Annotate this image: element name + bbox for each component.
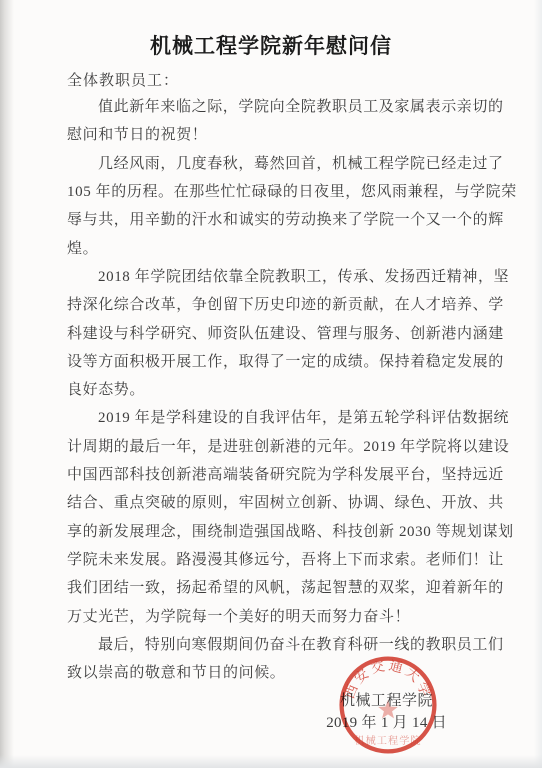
signature-date: 2019 年 1 月 14 日 bbox=[326, 711, 447, 732]
body-line: 值此新年来临之际，学院向全院教职员工及家属表示亲切的 bbox=[67, 93, 479, 121]
body-line: 计周期的最后一年，是进驻创新港的元年。2019 年学院将以建设 bbox=[67, 433, 479, 461]
body-line: 享的新发展理念，围绕制造强国战略、科技创新 2030 等规划谋划 bbox=[67, 518, 479, 546]
body-line: 学院未来发展。路漫漫其修远兮，吾将上下而求索。老师们！让 bbox=[67, 546, 479, 574]
body-line: 我们团结一致，扬起希望的风帆，荡起智慧的双桨，迎着新年的 bbox=[67, 574, 479, 602]
body-line: 辱与共，用辛勤的汗水和诚实的劳动换来了学院一个又一个的辉 bbox=[67, 206, 479, 234]
scanned-letter-page: 机械工程学院新年慰问信 全体教职员工： 值此新年来临之际，学院向全院教职员工及家… bbox=[0, 0, 542, 768]
body-line: 中国西部科技创新港高端装备研究院为学科发展平台，坚持远近 bbox=[67, 461, 479, 489]
body-line: 科建设与科学研究、师资队伍建设、管理与服务、创新港内涵建 bbox=[67, 320, 479, 348]
letter-salutation: 全体教职员工： bbox=[67, 69, 179, 90]
letter-body: 值此新年来临之际，学院向全院教职员工及家属表示亲切的慰问和节日的祝贺！几经风雨，… bbox=[67, 93, 479, 688]
body-line: 慰问和节日的祝贺！ bbox=[67, 121, 479, 149]
body-line: 最后，特别向寒假期间仍奋斗在教育科研一线的教职员工们 bbox=[67, 631, 479, 659]
body-line: 良好态势。 bbox=[67, 376, 479, 404]
seal-bottom-text: 机械工程学院 bbox=[354, 734, 421, 747]
body-line: 煌。 bbox=[67, 235, 479, 263]
body-line: 几经风雨，几度春秋，蓦然回首，机械工程学院已经走过了 bbox=[67, 150, 479, 178]
paper-edge-left bbox=[0, 0, 14, 768]
body-line: 持深化综合改革，争创留下历史印迹的新贡献，在人才培养、学 bbox=[67, 291, 479, 319]
body-line: 结合、重点突破的原则，牢固树立创新、协调、绿色、开放、共 bbox=[67, 489, 479, 517]
body-line: 致以崇高的敬意和节日的问候。 bbox=[67, 659, 479, 687]
body-line: 万丈光芒，为学院每一个美好的明天而努力奋斗！ bbox=[67, 603, 479, 631]
body-line: 2019 年是学科建设的自我评估年，是第五轮学科评估数据统 bbox=[67, 404, 479, 432]
body-line: 105 年的历程。在那些忙忙碌碌的日夜里，您风雨兼程，与学院荣 bbox=[67, 178, 479, 206]
body-line: 设等方面积极开展工作，取得了一定的成绩。保持着稳定发展的 bbox=[67, 348, 479, 376]
paper-edge-right bbox=[534, 0, 542, 768]
body-line: 2018 年学院团结依靠全院教职工，传承、发扬西迁精神，坚 bbox=[67, 263, 479, 291]
signature-department: 机械工程学院 bbox=[340, 689, 433, 710]
paper-edge-bottom bbox=[0, 755, 542, 768]
letter-title: 机械工程学院新年慰问信 bbox=[0, 30, 542, 60]
